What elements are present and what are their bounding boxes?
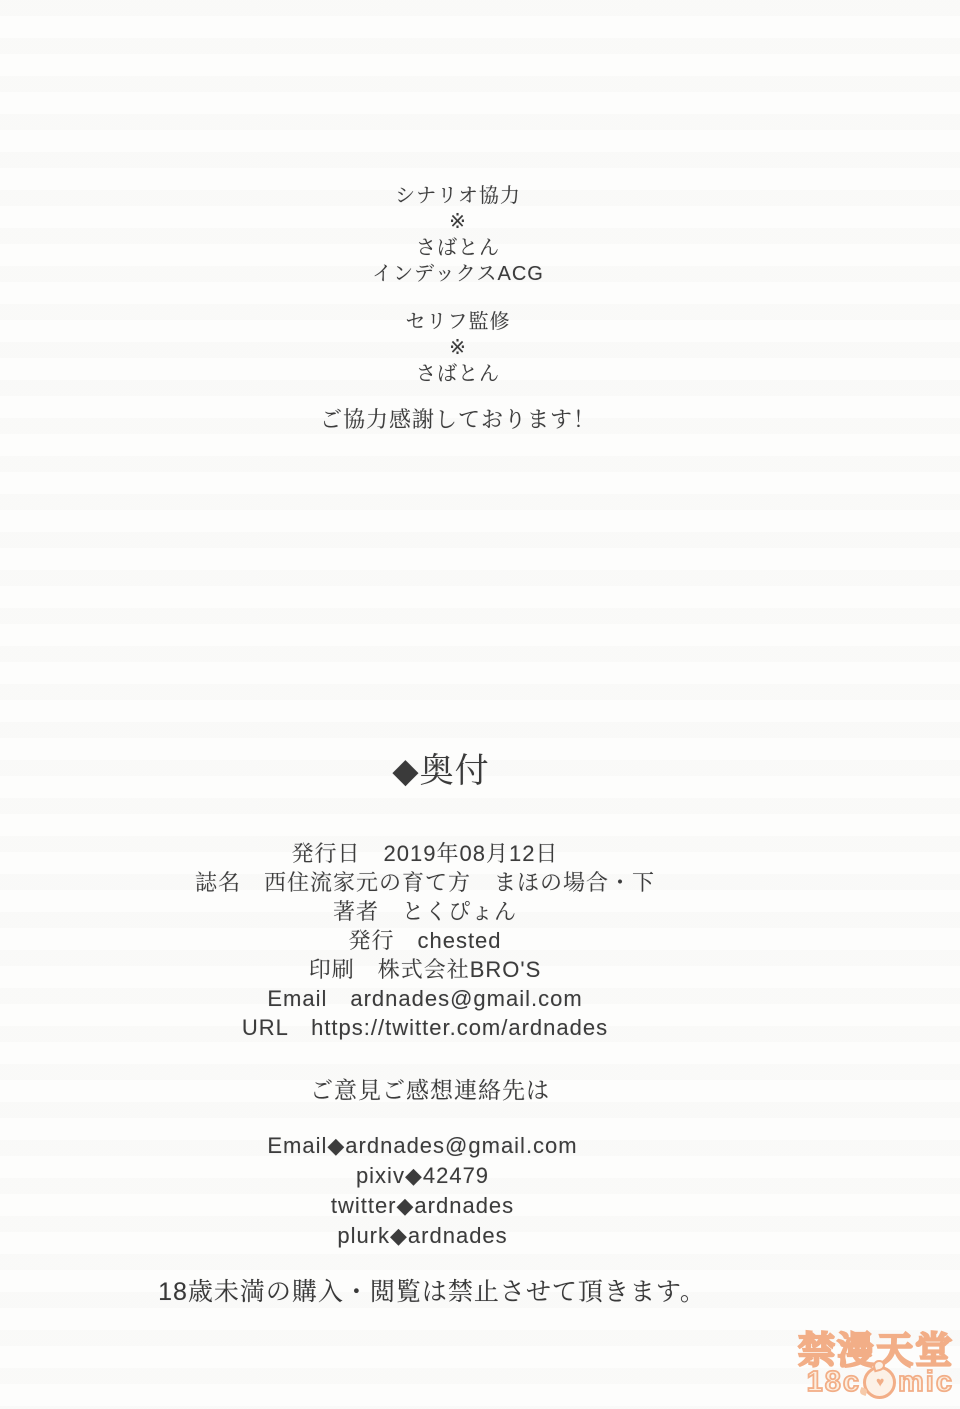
contact-line-twitter: twitter◆ardnades — [0, 1191, 845, 1221]
colophon-row-publisher: 発行 chested — [0, 926, 850, 955]
credit-line: セリフ監修 — [0, 309, 916, 335]
colophon-row-author: 著者 とくぴょん — [0, 897, 850, 926]
colophon-row-book-title: 誌名 西住流家元の育て方 まほの場合・下 — [0, 868, 850, 897]
heart-icon: ♥ — [876, 1364, 884, 1398]
scenario-credit-group: シナリオ協力 ※ さばとん インデックスACG — [0, 183, 916, 287]
contact-line-pixiv: pixiv◆42479 — [0, 1161, 845, 1191]
credit-line: さばとん — [0, 235, 916, 261]
colophon-title: ◆奥付 — [0, 748, 882, 794]
whale-mascot-icon: ♥ — [863, 1366, 896, 1399]
age-restriction-notice: 18歳未満の購入・閲覧は禁止させて頂きます。 — [0, 1277, 864, 1307]
watermark-latin-text: 18c ♥ mic — [798, 1365, 954, 1399]
watermark-latin-prefix: 18c — [807, 1365, 861, 1399]
credit-line: さばとん — [0, 361, 916, 387]
credit-line: インデックスACG — [0, 261, 916, 287]
contact-line-plurk: plurk◆ardnades — [0, 1221, 845, 1251]
reference-mark: ※ — [0, 209, 916, 235]
contact-section: Email◆ardnades@gmail.com pixiv◆42479 twi… — [0, 1131, 845, 1251]
colophon-row-email: Email ardnades@gmail.com — [0, 984, 850, 1013]
credits-section: シナリオ協力 ※ さばとん インデックスACG セリフ監修 ※ さばとん ご協力… — [0, 183, 916, 435]
site-watermark: 禁漫天堂 18c ♥ mic — [798, 1329, 954, 1399]
contact-line-email: Email◆ardnades@gmail.com — [0, 1131, 845, 1161]
dialogue-credit-group: セリフ監修 ※ さばとん — [0, 309, 916, 387]
colophon-row-publish-date: 発行日 2019年08月12日 — [0, 839, 850, 868]
reference-mark: ※ — [0, 335, 916, 361]
colophon-row-printer: 印刷 株式会社BRO'S — [0, 955, 850, 984]
thanks-line: ご協力感謝しております！ — [0, 405, 916, 435]
credit-line: シナリオ協力 — [0, 183, 916, 209]
contact-heading: ご意見ご感想連絡先は — [0, 1076, 860, 1104]
watermark-latin-suffix: mic — [898, 1365, 954, 1399]
colophon-section: 発行日 2019年08月12日 誌名 西住流家元の育て方 まほの場合・下 著者 … — [0, 839, 850, 1042]
colophon-row-url: URL https://twitter.com/ardnades — [0, 1013, 850, 1042]
